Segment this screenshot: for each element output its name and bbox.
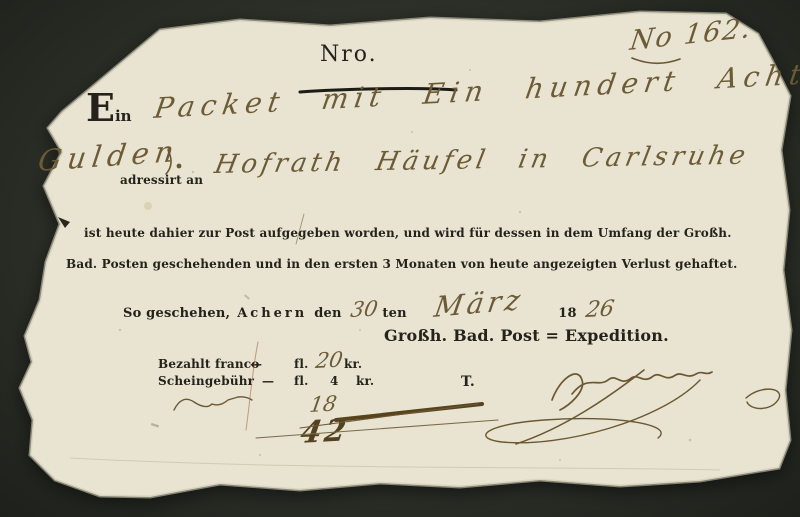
handwritten-fee-amount: 20 — [314, 347, 348, 373]
receipt-text: Nro. No 162. Ein Packet mit Ein hundert … — [0, 0, 800, 517]
terms-line-2: Bad. Posten geschehenden und in den erst… — [66, 257, 738, 271]
date-prefix: So geschehen, — [123, 306, 230, 321]
issuer-line: Großh. Bad. Post = Expedition. — [384, 326, 669, 345]
fee-dash: — — [250, 357, 294, 371]
terms-line-1: ist heute dahier zur Post aufgegeben wor… — [84, 226, 732, 240]
handwritten-total-lower: 42 — [298, 413, 351, 451]
printed-ein: Ein — [86, 98, 132, 125]
fee-row-schein: Scheingebühr — fl. 4 kr. — [158, 374, 374, 388]
handwritten-addressee: Hofrath Häufel in Carlsruhe — [212, 141, 752, 180]
date-century: 18 — [558, 306, 577, 321]
fee-row-franco: Bezahlt franco — fl. 20 kr. — [158, 349, 362, 373]
form-number-label: Nro. — [320, 42, 378, 67]
fee-kr-2: kr. — [356, 374, 374, 388]
handwritten-month: März — [432, 283, 526, 324]
fee-amount-2: 4 — [330, 374, 356, 388]
fee-dash-2: — — [262, 374, 294, 388]
date-line: So geschehen, Achern den 30 ten März 18 … — [123, 291, 612, 324]
fee-label-schein: Scheingebühr — [158, 374, 262, 388]
date-ten-suffix: ten — [382, 306, 406, 321]
date-city: Achern — [237, 306, 307, 321]
handwritten-amount: Packet mit Ein hundert Achtzig — [152, 54, 800, 125]
handwritten-currency: Gulden — [36, 134, 182, 178]
fee-fl-2: fl. — [294, 374, 330, 388]
printed-addressed-to: adressirt an — [120, 173, 203, 187]
fee-kr: kr. — [344, 357, 362, 371]
taxe-mark: T. — [461, 374, 475, 390]
date-den: den — [314, 306, 341, 321]
photo-background: Nro. No 162. Ein Packet mit Ein hundert … — [0, 0, 800, 517]
handwritten-receipt-number: No 162. — [628, 13, 754, 57]
fee-label-franco: Bezahlt franco — [158, 357, 250, 371]
handwritten-day: 30 — [349, 296, 380, 322]
handwritten-year: 26 — [584, 296, 616, 323]
fee-fl: fl. — [294, 357, 314, 371]
